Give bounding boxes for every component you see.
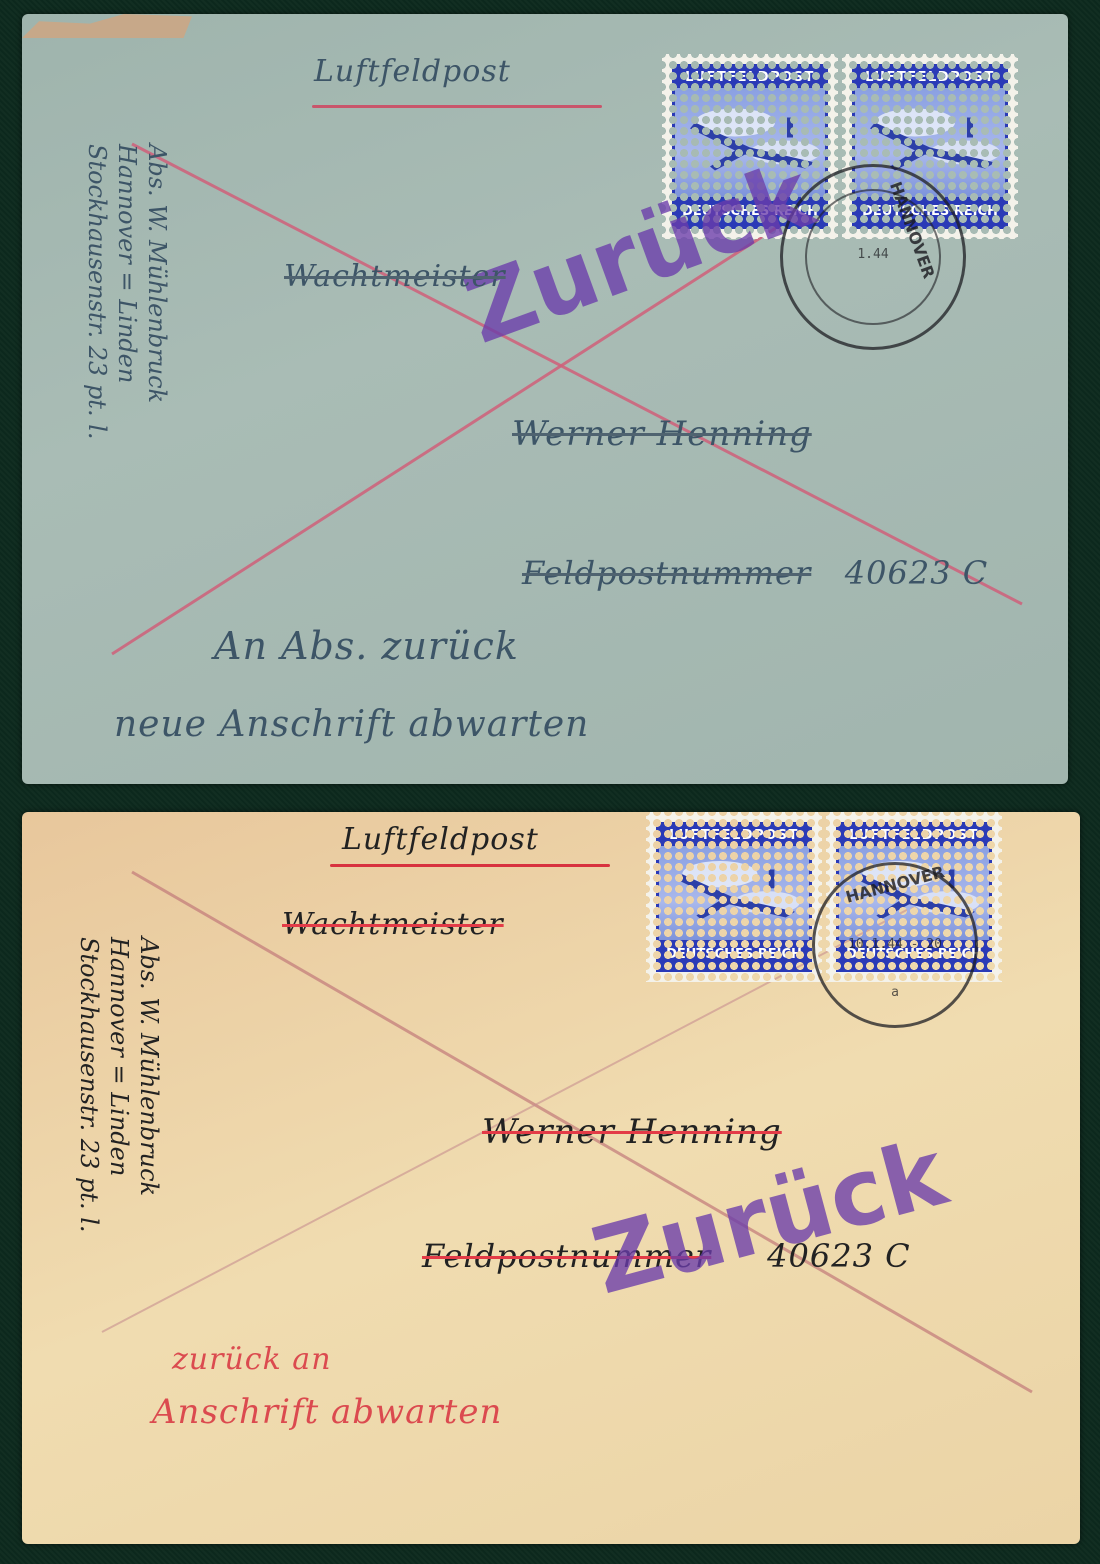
stamp: LUFTFELDPOST DEUTSCHES REICH (646, 812, 822, 982)
stamp-top-text: LUFTFELDPOST (855, 67, 1005, 88)
service-marking: Luftfeldpost (314, 54, 511, 89)
field-post-label: Feldpostnummer 40623 C (522, 554, 988, 592)
service-underline (330, 864, 610, 867)
return-stamp: Zurück (452, 141, 826, 364)
service-marking: Luftfeldpost (342, 822, 539, 857)
sender-address: Abs. W. Mühlenbruck Hannover = Linden St… (74, 937, 164, 1233)
stamp-top-text: LUFTFELDPOST (659, 825, 809, 846)
service-underline (312, 105, 602, 108)
torn-flap (22, 14, 192, 38)
stamp-top-text: LUFTFELDPOST (839, 825, 989, 846)
sender-address: Abs. W. Mühlenbruck Hannover = Linden St… (82, 144, 172, 440)
recipient-name: Werner Henning (482, 1112, 782, 1152)
stamp-bottom-text: DEUTSCHES REICH (659, 940, 809, 969)
airplane-icon (659, 846, 809, 940)
postmark: HANNOVER 10.1.44 - 20 a (812, 862, 978, 1028)
envelope-top: Luftfeldpost LUFTFELDPOST DEUTSCHES REIC… (22, 14, 1068, 784)
recipient-rank: Wachtmeister (284, 259, 506, 294)
recipient-rank: Wachtmeister (282, 907, 504, 942)
return-note-line-1: zurück an (172, 1342, 332, 1377)
stamp-top-text: LUFTFELDPOST (675, 67, 825, 88)
return-note-line-2: Anschrift abwarten (152, 1392, 502, 1432)
recipient-name: Werner Henning (512, 414, 812, 454)
return-note-line-2: neue Anschrift abwarten (114, 704, 589, 745)
envelope-bottom: Luftfeldpost LUFTFELDPOST DEUTSCHES REIC… (22, 812, 1080, 1544)
return-note-line-1: An Abs. zurück (214, 624, 519, 668)
